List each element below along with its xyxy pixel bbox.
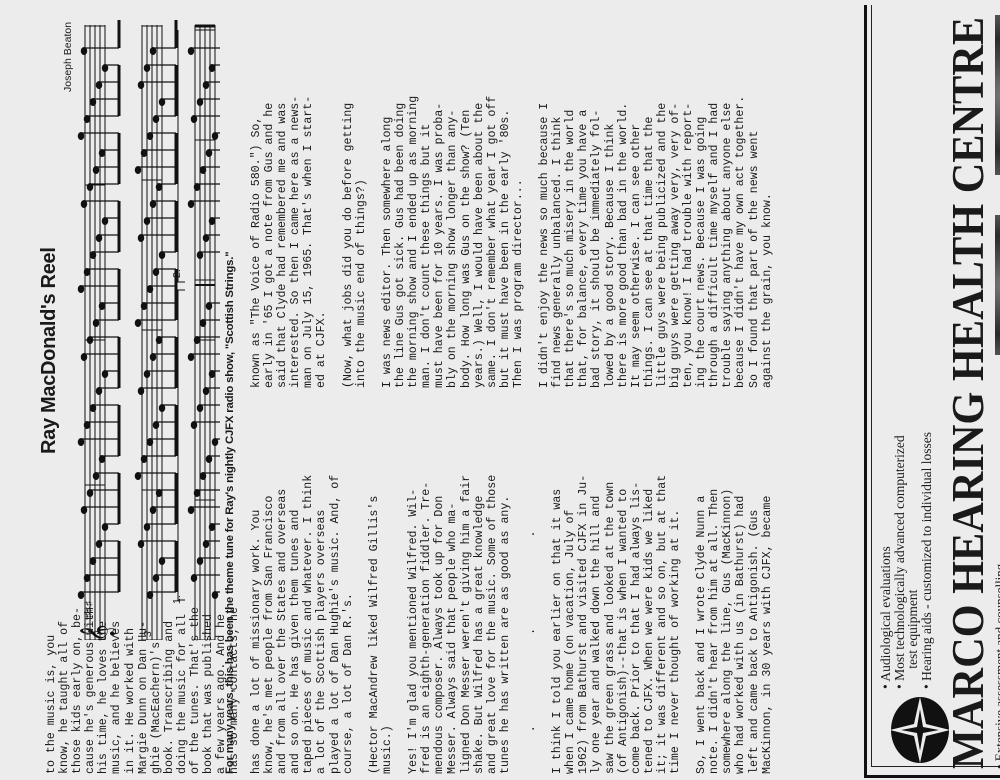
article-line: find news generally unbalanced. I think	[551, 96, 564, 388]
article-line: book. Transcribing and	[163, 607, 176, 774]
article-line: music.)	[381, 475, 394, 774]
article-line: but it must have been in the early '80s.	[499, 96, 512, 388]
article-line: left and came back to Antigonish. (Gus	[748, 475, 761, 774]
article-line: Then I was program director...	[512, 96, 525, 388]
article-line: Yes! I'm glad you mentioned Wilfred. Wil…	[407, 475, 420, 774]
article-line	[329, 96, 342, 388]
article-line	[512, 475, 525, 774]
article-line: years.) Well, I would have been about th…	[473, 96, 486, 388]
article-line: mendous composer. Always took up for Don	[433, 475, 446, 774]
ad-business-name: MARCO HEARING HEALTH CENTRE	[941, 17, 994, 769]
article-line: a lot of the Scottish players overseas	[315, 475, 328, 774]
article-line: • Most technologically advanced computer…	[893, 432, 907, 689]
article-line: test equipment	[906, 432, 920, 689]
article-line: . . .	[525, 475, 538, 774]
article-line: ing the court news. Because I was going	[695, 96, 708, 388]
article-line	[355, 475, 368, 774]
article-column-top-left: to the music is, youknow, he taught all …	[45, 607, 241, 774]
article-line: So I found that part of the news went	[748, 96, 761, 388]
article-line: (Hector MacAndrew liked Wilfred Gillis's	[368, 475, 381, 774]
article-line: because I didn't have my own act togethe…	[734, 96, 747, 388]
newsletter-page: Ray MacDonald's Reel Joseph Beaton 𝄞 ♯♯♯…	[0, 0, 1000, 780]
article-line: (Now, what jobs did you do before gettin…	[342, 96, 355, 388]
marco-hearing-ad: • Audiological evaluations• Most technol…	[864, 5, 1000, 778]
article-line: that there's so much misery in the world	[564, 96, 577, 388]
article-line: fred is an eighth-generation fiddler. Tr…	[420, 475, 433, 774]
scanned-page-frame: Ray MacDonald's Reel Joseph Beaton 𝄞 ♯♯♯…	[0, 0, 1000, 780]
article-line: body. How long was Gus on the show? (Ten	[460, 96, 473, 388]
article-line: a few years ago. And he	[215, 607, 228, 774]
article-line: it; it was different and so on, but at t…	[656, 475, 669, 774]
article-line: book that was published	[202, 607, 215, 774]
article-line: tened to CJFX. When we were kids we like…	[643, 475, 656, 774]
article-line: ly one year and walked down the hill and	[590, 475, 603, 774]
article-line: bad story, it should be immediately fol-	[590, 96, 603, 388]
article-line: things. I can see at that time that the	[643, 96, 656, 388]
article-line: I think I told you earlier on that it wa…	[551, 475, 564, 774]
article-line: ghie (MacEachern)'s	[150, 607, 163, 774]
article-line: through a difficult time myself and I ha…	[708, 96, 721, 388]
article-line: against the grain, you know.	[761, 96, 774, 388]
article-line	[682, 475, 695, 774]
article-line: lowed by a good story. Because I think	[604, 96, 617, 388]
article-line: saw the green grass and looked at the to…	[604, 475, 617, 774]
article-line: trouble saying anything about anyone els…	[721, 96, 734, 388]
volta-2-label: 2.	[171, 269, 183, 278]
article-line: 1962) from Bathurst and visited CJFX in …	[577, 475, 590, 774]
article-line: • Extensive assessment and counselling -	[993, 556, 1000, 769]
article-line: of the tunes. That's the	[189, 607, 202, 774]
article-line: who had worked with us (in Bathurst) had	[734, 475, 747, 774]
article-line	[368, 96, 381, 388]
article-line: ed at CJFX.	[315, 96, 328, 388]
sheet-music: 𝄞 ♯♯♯	[75, 20, 220, 640]
article-line: I was news editor. Then somewhere along	[381, 96, 394, 388]
article-line: the morning show and I ended up as morni…	[407, 96, 420, 388]
article-line: early in '65 I got a note from Gus and h…	[263, 96, 276, 388]
article-line: little guys were being publicized and th…	[656, 96, 669, 388]
article-line: ligned Don Messer weren't giving him a f…	[460, 475, 473, 774]
article-line: doing the music for all	[176, 607, 189, 774]
article-line: to the music is, you	[45, 607, 58, 774]
article-line: and so on. He has given them tunes and	[289, 475, 302, 774]
article-line: somewhere along the line, Gus (MacKinnon…	[721, 475, 734, 774]
article-line: music, and he believes	[110, 607, 123, 774]
article-line: that, for balance, every time you have a	[577, 96, 590, 388]
ad-photo-2	[995, 15, 1000, 175]
tune-title: Ray MacDonald's Reel	[38, 247, 61, 454]
article-line: (of Antigonish)--that is when I wanted t…	[617, 475, 630, 774]
article-line: his time, he loves the	[97, 607, 110, 774]
article-line: big guys were getting away very, very of…	[669, 96, 682, 388]
article-line: man on July 15, 1965. That's when I star…	[302, 96, 315, 388]
article-line: So, I went back and I wrote Clyde Nunn a	[695, 475, 708, 774]
article-line: has done a lot of missionary work. You	[250, 475, 263, 774]
article-line: come back. Prior to that I had always li…	[630, 475, 643, 774]
article-column-left: has done a lot of missionary work. Youkn…	[250, 475, 774, 774]
article-line: must have been for 10 years. I was proba…	[433, 96, 446, 388]
volta-1-label: 1.	[171, 595, 183, 604]
article-line: and great love for the music. Some of th…	[486, 475, 499, 774]
article-line: there is more good than bad in the world…	[617, 96, 630, 388]
article-line: known as "The Voice of Radio 580.") So,	[250, 96, 263, 388]
article-line	[394, 475, 407, 774]
article-line: the line Gus got sick. Gus had been doin…	[394, 96, 407, 388]
article-line: those kids early on, be-	[71, 607, 84, 774]
article-line: Messer. Always said that people who ma-	[446, 475, 459, 774]
article-line: time I never thought of working at it.	[669, 475, 682, 774]
article-line: Margie Dunn on Dan Hu-	[137, 607, 150, 774]
article-line: same. I don't remember what year I got o…	[486, 96, 499, 388]
article-line: man. I don't count these things but it	[420, 96, 433, 388]
article-line: • Hearing aids - customized to individua…	[920, 432, 934, 689]
article-line: know, he's met people from San Francisco	[263, 475, 276, 774]
article-line: played a lot of Dan Hughie's music. And,…	[329, 475, 342, 774]
article-line: shake. But Wilfred has a great knowledge	[473, 475, 486, 774]
article-line: note. I didn't hear from him at all. The…	[708, 475, 721, 774]
tune-composer: Joseph Beaton	[62, 22, 74, 92]
article-line: cause he's generous with	[84, 607, 97, 774]
ad-service-list: • Audiological evaluations• Most technol…	[879, 432, 933, 689]
ad-photo-1	[995, 215, 1000, 355]
article-line: into the music end of things?)	[355, 96, 368, 388]
article-line: interested. So then I came here as a new…	[289, 96, 302, 388]
article-line: I didn't enjoy the news so much because …	[538, 96, 551, 388]
article-line: bly on the morning show longer than any-	[446, 96, 459, 388]
article-line	[538, 475, 551, 774]
article-line: • Audiological evaluations	[879, 432, 893, 689]
article-line: know, he taught all of	[58, 607, 71, 774]
article-line: MacKinnon, in 30 years with CJFX, became	[761, 475, 774, 774]
article-line: and from all over the States and oversea…	[276, 475, 289, 774]
article-column-right: known as "The Voice of Radio 580.") So,e…	[250, 96, 774, 388]
article-line: It may seem otherwise. I can see other	[630, 96, 643, 388]
article-line: when I came home (on vacation, July of	[564, 475, 577, 774]
article-line	[525, 96, 538, 388]
ad-service-list-2: • Extensive assessment and counselling -…	[993, 556, 1000, 769]
article-line: taped pieces of music and whatever. I th…	[302, 475, 315, 774]
article-line: in it. He worked with	[124, 607, 137, 774]
article-line: ten, you know! I had trouble with report…	[682, 96, 695, 388]
article-line: has so many contacts; he	[228, 607, 241, 774]
article-line: said that Clyde had remembered me and wa…	[276, 96, 289, 388]
article-line: course, a lot of Dan R.'s.	[342, 475, 355, 774]
article-line: tunes he has written are as good as any.	[499, 475, 512, 774]
